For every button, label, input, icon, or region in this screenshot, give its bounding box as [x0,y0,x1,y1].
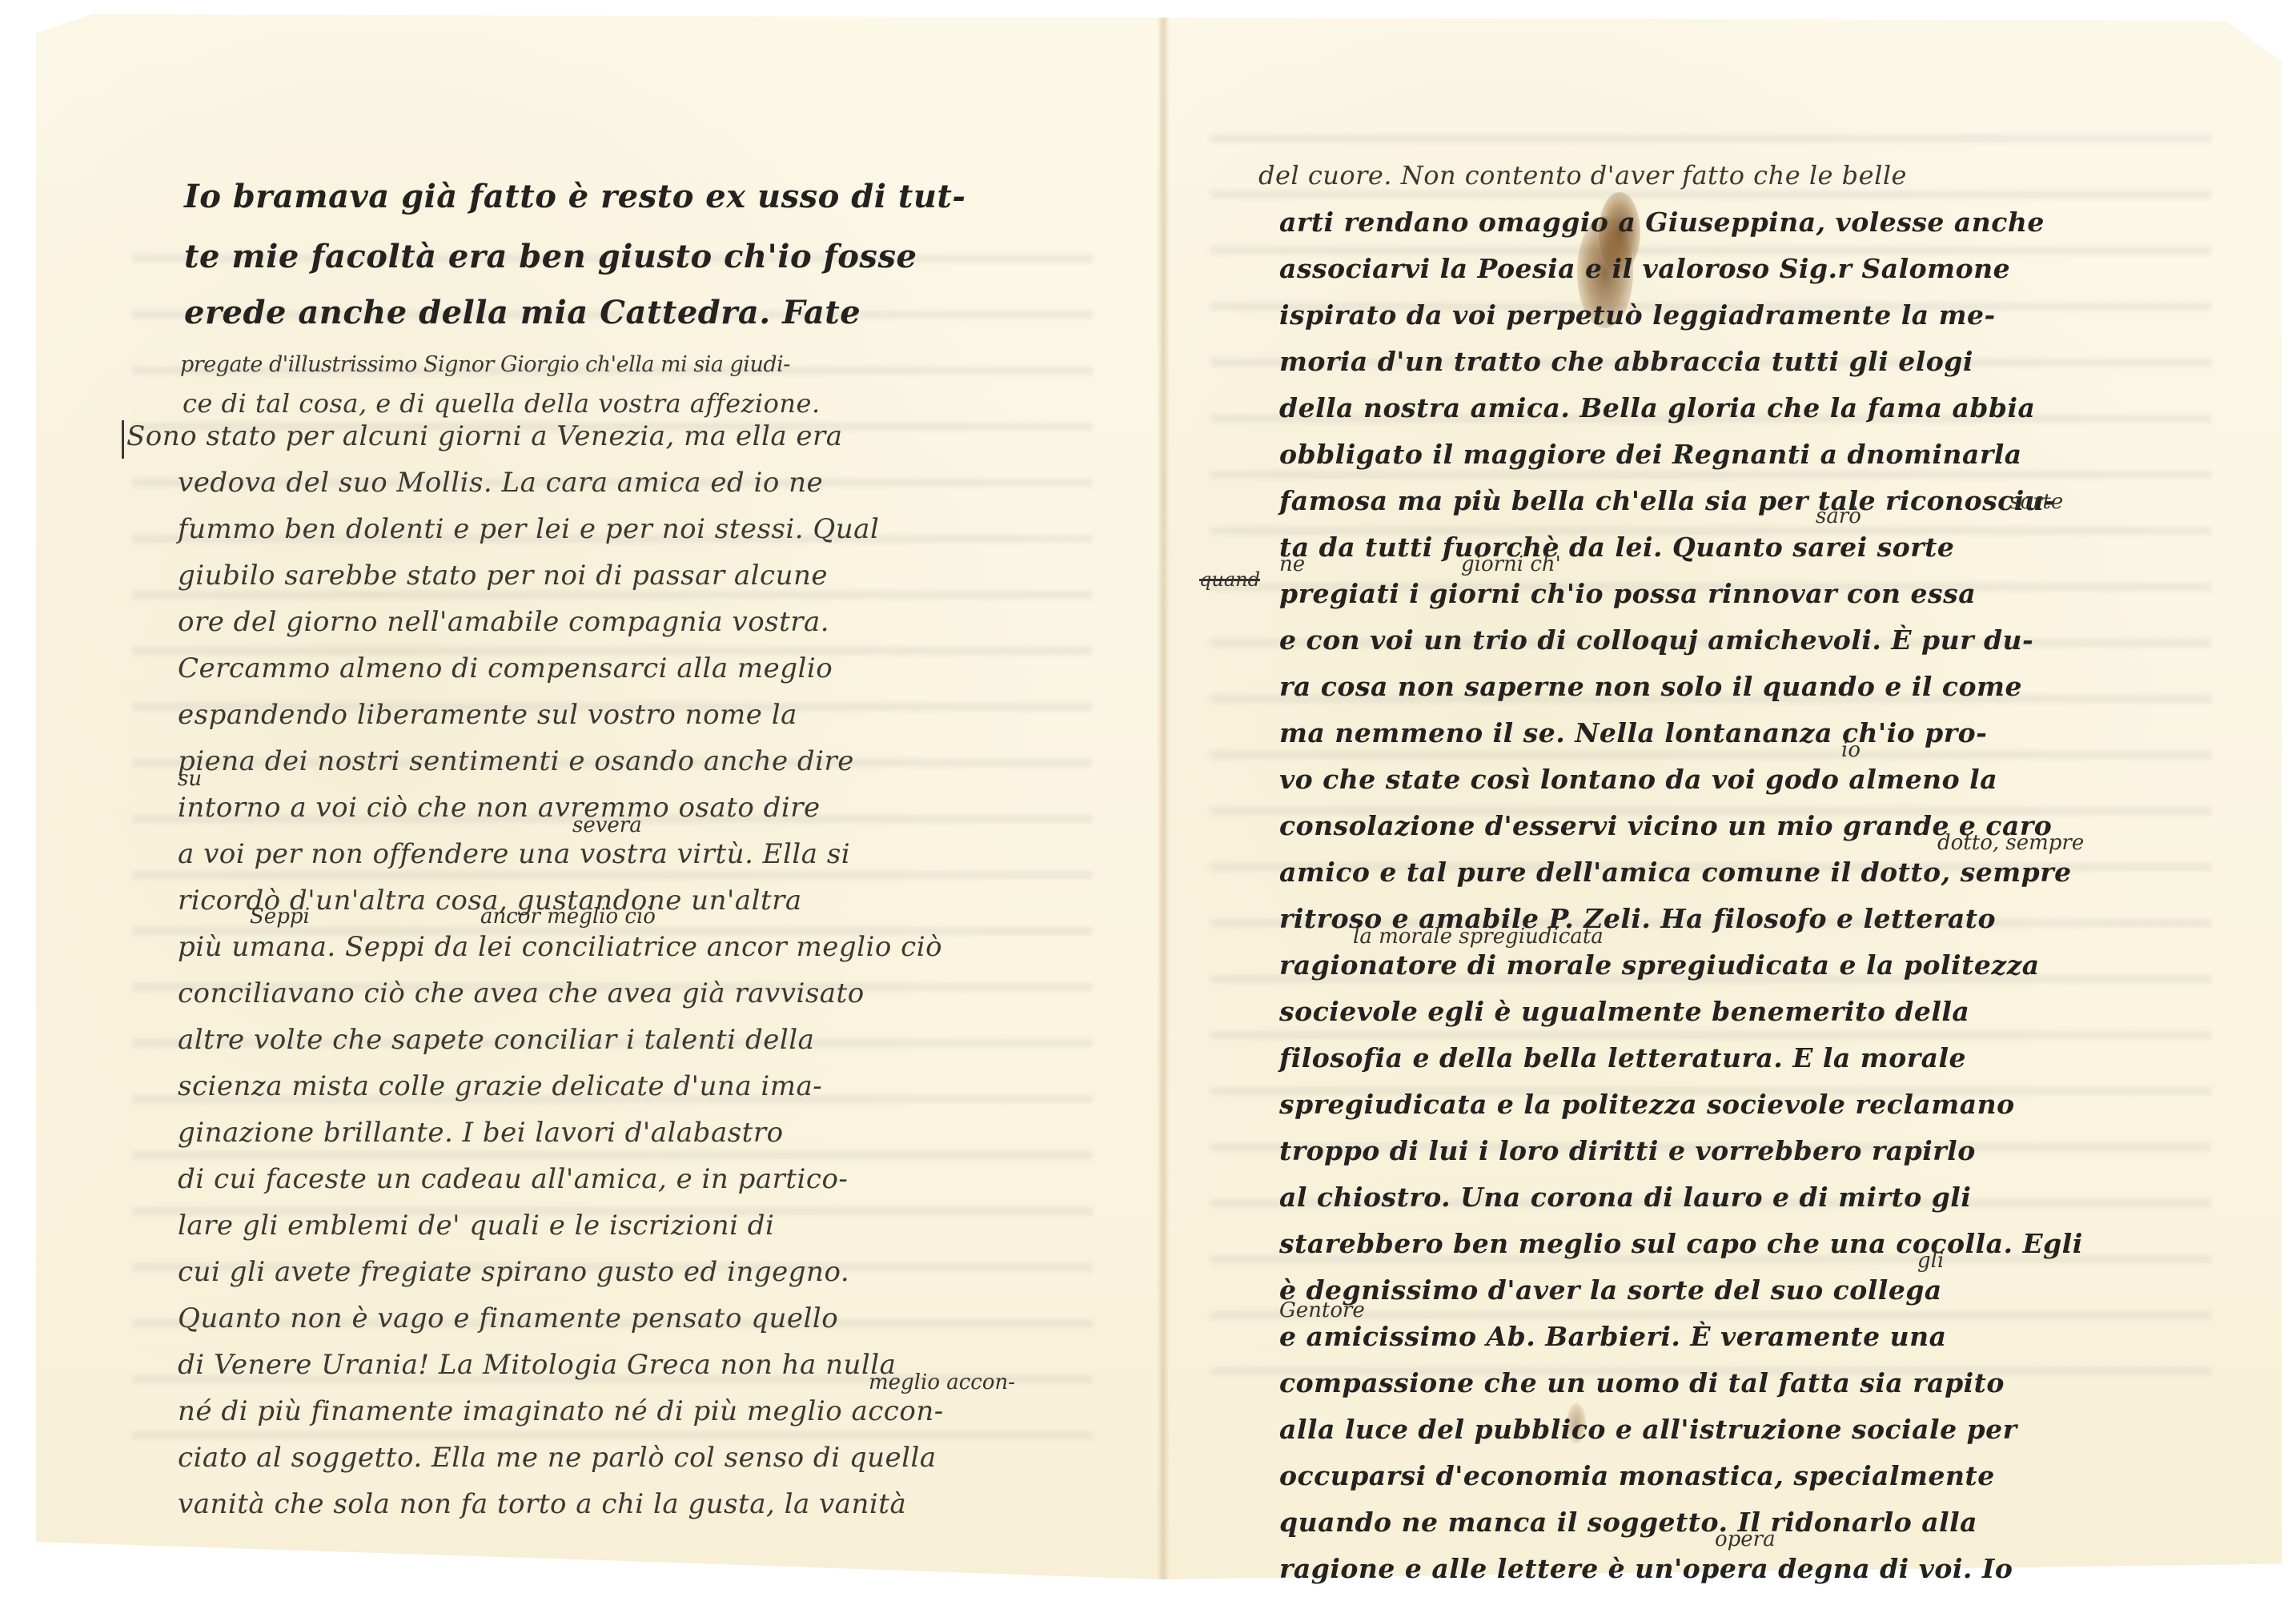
text-line: occuparsi d'economia monastica, specialm… [1279,1460,1995,1491]
text-line: ciato al soggetto. Ella me ne parlò col … [178,1442,937,1474]
interlinear-insertion: giorni ch' [1461,552,1561,576]
text-line: quando ne manca il soggetto. Il ridonarl… [1279,1507,1977,1538]
interlinear-insertion: opera [1715,1527,1776,1551]
text-line: Quanto non è vago e finamente pensato qu… [178,1302,838,1334]
interlinear-insertion: la morale spregiudicata [1353,925,1604,949]
interlinear-insertion: Seppi [250,905,310,929]
text-line: pregate d'illustrissimo Signor Giorgio c… [180,352,790,377]
text-line: di cui faceste un cadeau all'amica, e in… [178,1163,848,1195]
text-line: Io bramava già fatto è resto ex usso di … [184,178,965,215]
interlinear-insertion: dotto, sempre [1937,831,2084,855]
text-line: ragione e alle lettere è un'opera degna … [1279,1553,2013,1584]
text-line: troppo di lui i loro diritti e vorrebber… [1279,1135,1976,1166]
text-line: intorno a voi ciò che non avremmo osato … [178,792,821,824]
text-line: ra cosa non saperne non solo il quando e… [1279,671,2022,702]
text-line: socievole egli è ugualmente benemerito d… [1279,996,1969,1027]
text-line: ispirato da voi perpetuò leggiadramente … [1279,299,1996,331]
text-line: vedova del suo Mollis. La cara amica ed … [178,467,823,499]
text-line: espandendo liberamente sul vostro nome l… [178,699,797,731]
text-line: fummo ben dolenti e per lei e per noi st… [178,513,879,545]
text-line: né di più finamente imaginato né di più … [178,1395,944,1427]
text-line: di Venere Urania! La Mitologia Greca non… [178,1349,896,1381]
text-line: associarvi la Poesia e il valoroso Sig.r… [1279,253,2010,284]
interlinear-insertion: severa [572,813,642,837]
text-line: più umana. Seppi da lei conciliatrice an… [178,931,942,963]
text-line: ta da tutti fuorchè da lei. Quanto sarei… [1279,532,1954,563]
text-line: ma nemmeno il se. Nella lontananza ch'io… [1279,717,1987,748]
text-line: della nostra amica. Bella gloria che la … [1279,392,2035,423]
text-line: famosa ma più bella ch'ella sia per tale… [1279,485,2055,516]
interlinear-insertion: io [1841,738,1860,762]
text-line: te mie facoltà era ben giusto ch'io foss… [184,238,917,275]
text-line: piena dei nostri sentimenti e osando anc… [178,745,854,777]
interlinear-insertion: sarò [1816,504,1861,528]
text-line: del cuore. Non contento d'aver fatto che… [1258,160,1907,191]
text-line: erede anche della mia Cattedra. Fate [184,294,861,331]
text-line: conciliavano ciò che avea che avea già r… [178,977,865,1009]
text-line: cui gli avete fregiate spirano gusto ed … [178,1256,849,1288]
text-line: ore del giorno nell'amabile compagnia vo… [178,606,829,638]
text-line: giubilo sarebbe stato per noi di passar … [178,560,828,592]
margin-note: quand [1199,568,1260,591]
text-line: e amicissimo Ab. Barbieri. È veramente u… [1279,1321,1946,1352]
text-line: consolazione d'esservi vicino un mio gra… [1279,810,2052,841]
text-line: arti rendano omaggio a Giuseppina, voles… [1279,207,2045,238]
interlinear-insertion: ancor meglio ciò [480,905,656,929]
text-line: vanità che sola non fa torto a chi la gu… [178,1488,906,1520]
text-line: spregiudicata e la politezza socievole r… [1279,1089,2015,1120]
text-line: altre volte che sapete conciliar i talen… [178,1024,814,1056]
text-line: e con voi un trio di colloquj amichevoli… [1279,624,2033,656]
paragraph-mark [122,420,124,459]
text-line: obbligato il maggiore dei Regnanti a dno… [1279,439,2022,470]
interlinear-insertion: su [178,767,202,791]
text-line: Cercammo almeno di compensarci alla megl… [178,652,833,684]
text-line: compassione che un uomo di tal fatta sia… [1279,1367,2005,1398]
text-line: scienza mista colle grazie delicate d'un… [178,1070,822,1102]
interlinear-insertion: ne [1279,552,1305,576]
text-line: ce di tal cosa, e di quella della vostra… [183,388,821,419]
text-line: vo che state così lontano da voi godo al… [1279,764,1997,795]
text-line: è degnissimo d'aver la sorte del suo col… [1279,1274,1942,1306]
interlinear-insertion: Gentore [1279,1298,1365,1322]
text-line: filosofia e della bella letteratura. E l… [1279,1042,1966,1073]
interlinear-insertion: meglio accon- [869,1370,1015,1394]
text-line: Sono stato per alcuni giorni a Venezia, … [126,420,843,452]
text-line: lare gli emblemi de' quali e le iscrizio… [178,1210,774,1242]
text-line: ragionatore di morale spregiudicata e la… [1279,949,2040,981]
text-line: amico e tal pure dell'amica comune il do… [1279,857,2072,888]
text-line: ginazione brillante. I bei lavori d'alab… [178,1117,784,1149]
text-line: starebbero ben meglio sul capo che una c… [1279,1228,2083,1259]
interlinear-insertion: sorte [2009,490,2063,514]
text-line: al chiostro. Una corona di lauro e di mi… [1279,1182,1971,1213]
text-line: moria d'un tratto che abbraccia tutti gl… [1279,346,1973,377]
center-fold [1157,14,1170,1579]
text-line: pregiati i giorni ch'io possa rinnovar c… [1279,578,1976,609]
text-line: a voi per non offendere una vostra virtù… [178,838,850,870]
interlinear-insertion: gli [1917,1249,1944,1273]
text-line: alla luce del pubblico e all'istruzione … [1279,1414,2017,1445]
